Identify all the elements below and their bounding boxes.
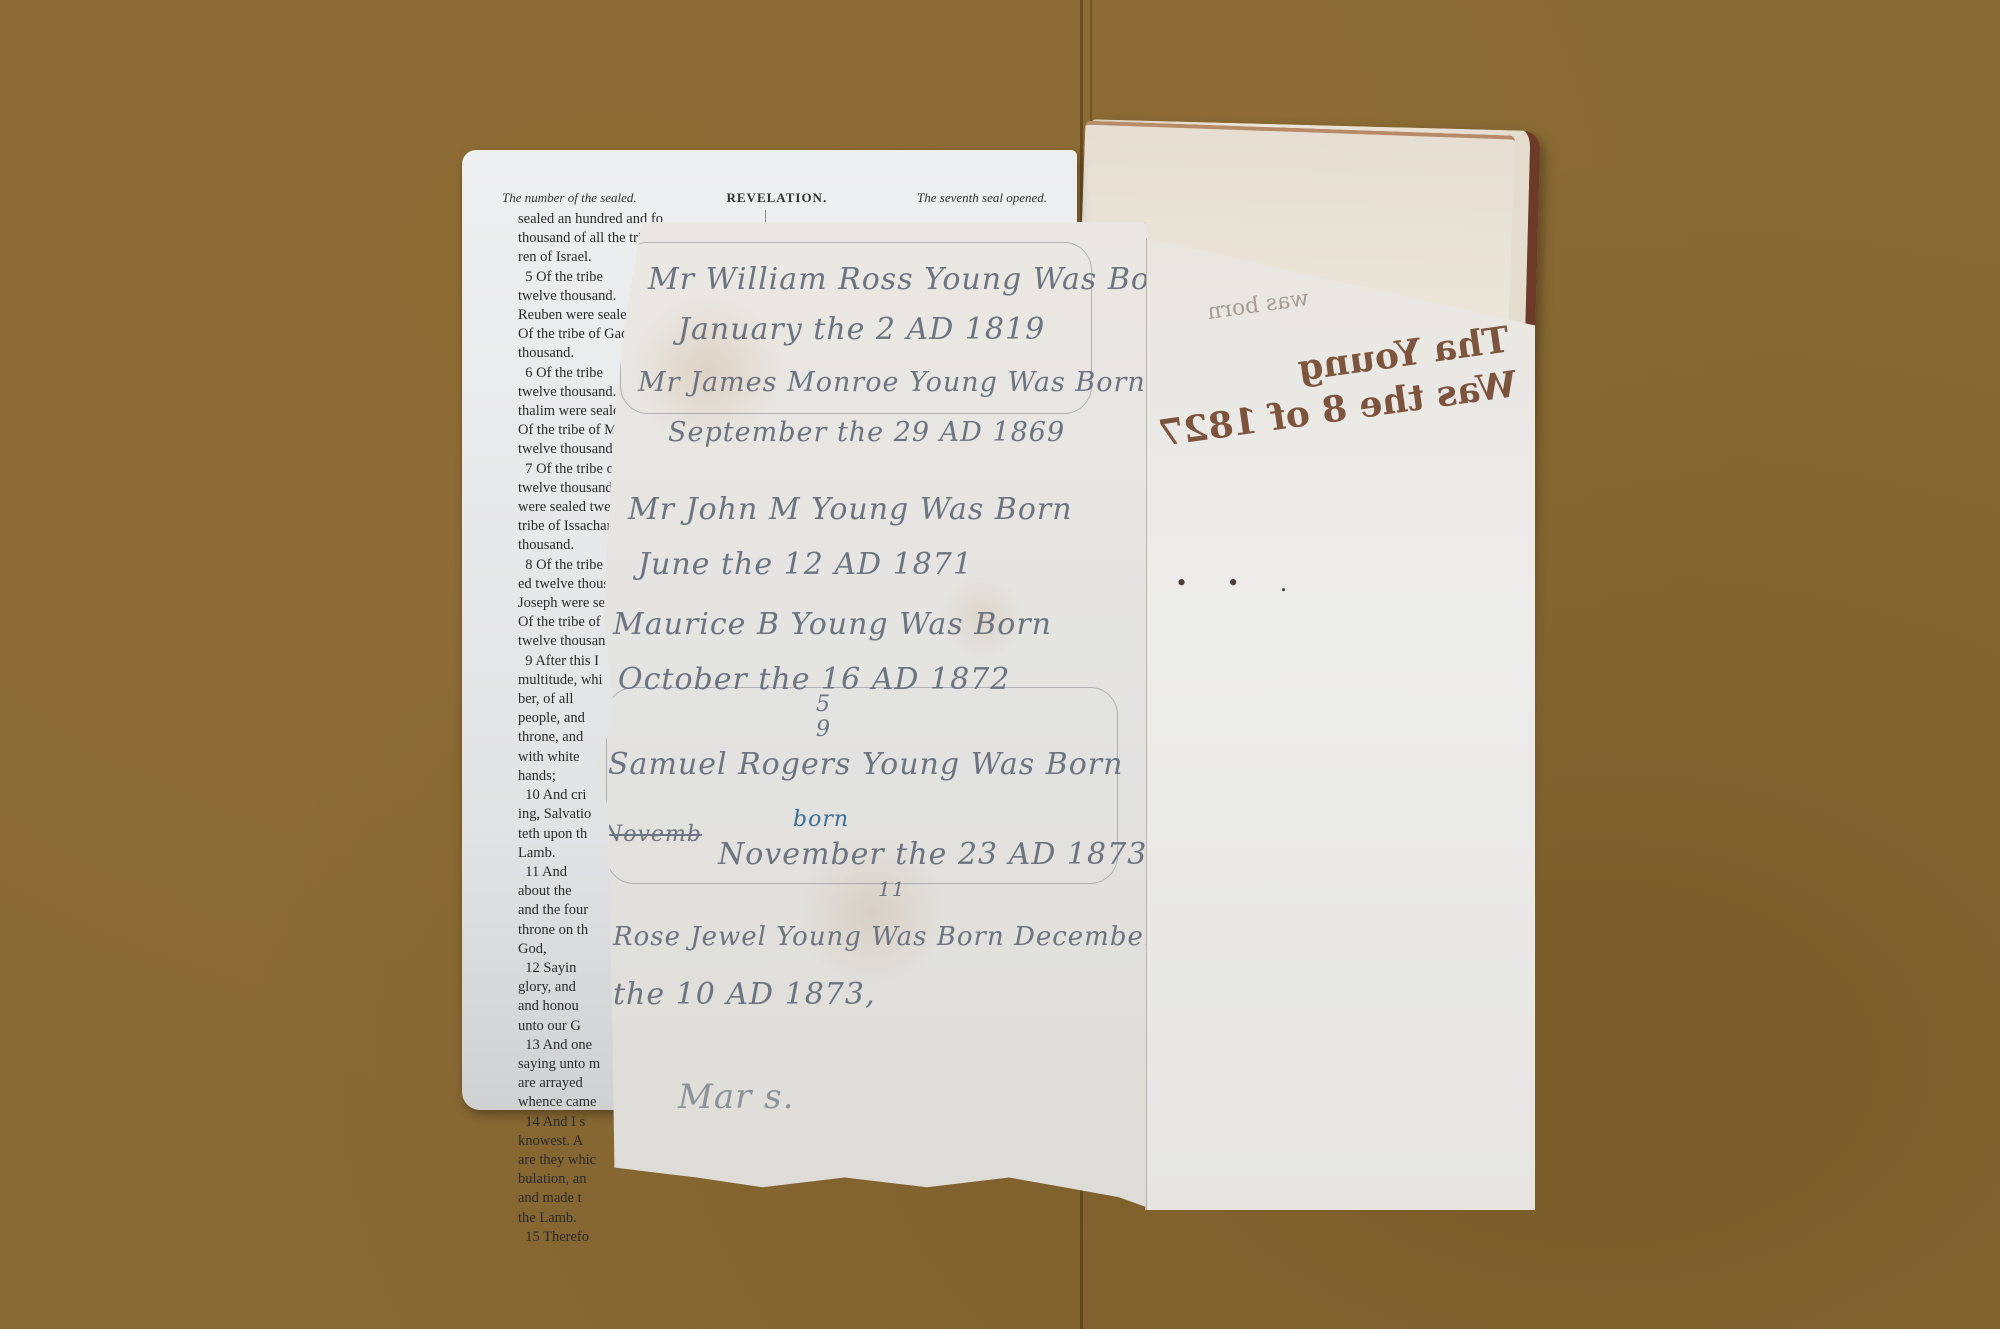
running-head: The number of the sealed. REVELATION. Th…	[502, 190, 1047, 206]
record-entry-6-name: Rose Jewel Young Was Born December	[613, 922, 1157, 952]
table-board-seam-top	[1090, 0, 1092, 140]
verse-line: bulation, an	[518, 1170, 663, 1189]
record-entry-1-name: Mr William Ross Young Was Born	[648, 262, 1186, 297]
record-entry-1-date: January the 2 AD 1819	[678, 312, 1045, 347]
ink-marks: • • .	[1177, 568, 1305, 598]
record-entry-3-name: Mr John M Young Was Born	[628, 492, 1073, 527]
struck-through-word: Novemb	[603, 822, 702, 847]
blue-ink-annotation: born	[793, 807, 849, 832]
running-head-left: The number of the sealed.	[502, 190, 637, 206]
fraction-bottom: 9	[816, 717, 831, 742]
running-head-right: The seventh seal opened.	[917, 190, 1047, 206]
tick-marks: 11	[878, 877, 905, 901]
record-entry-4-name: Maurice B Young Was Born	[613, 607, 1052, 642]
faint-mirrored-ink: was born	[1206, 286, 1311, 325]
record-entry-2-name: Mr James Monroe Young Was Born	[638, 367, 1146, 398]
running-head-book-title: REVELATION.	[727, 190, 828, 206]
fraction-top: 5	[816, 692, 831, 717]
record-entry-5-date: November the 23 AD 1873	[718, 837, 1147, 872]
verse-line: 15 Therefo	[518, 1228, 663, 1247]
flyleaf-page: was born Tha Young Was the 8 of 1827 • •…	[1145, 238, 1535, 1210]
verse-line: the Lamb.	[518, 1209, 663, 1228]
signature: Mar s.	[678, 1077, 794, 1117]
record-entry-4-date: October the 16 AD 1872	[618, 662, 1010, 697]
family-record-leaf: Mr William Ross Young Was Born January t…	[598, 222, 1146, 1207]
verse-line: and made t	[518, 1189, 663, 1208]
record-entry-6-date: the 10 AD 1873,	[613, 977, 876, 1012]
record-entry-2-date: September the 29 AD 1869	[668, 417, 1065, 448]
record-entry-3-date: June the 12 AD 1871	[638, 547, 973, 582]
record-entry-5-name: Samuel Rogers Young Was Born	[608, 747, 1123, 782]
